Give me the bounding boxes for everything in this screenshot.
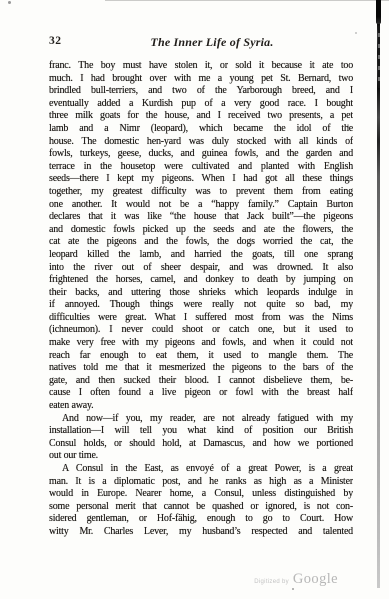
text-line: and domestic fowls picked up the seeds a… [49, 224, 353, 237]
text-line: Consul holds, or should hold, at Damascu… [49, 438, 353, 451]
text-line: fowls, turkeys, geese, ducks, and guinea… [49, 148, 353, 161]
paragraph: And now—if you, my reader, are not alrea… [49, 413, 353, 463]
digitized-by-label: Digitized by [254, 579, 289, 585]
text-line: much. I had brought over with me a young… [49, 73, 353, 86]
scan-artifact-right-dashes [378, 26, 381, 88]
google-logo: Google [293, 571, 338, 588]
scan-edge-line-right [377, 0, 380, 588]
text-line: declares that it was like “the house tha… [49, 211, 353, 224]
text-line: natives told me that it mesmerized the p… [49, 362, 353, 375]
paragraph: franc. The boy must have stolen it, or s… [49, 60, 353, 413]
text-line: would in Europe. Nearer home, a Consul, … [49, 488, 353, 501]
text-line: seeds—there I kept my pigeons. When I ha… [49, 173, 353, 186]
text-line: A Consul in the East, as envoyé of a gre… [49, 463, 353, 476]
running-title: The Inner Life of Syria. [60, 35, 364, 50]
text-line: sidered gentleman, or Hof-fähig, enough … [49, 513, 353, 526]
text-line: installation—I will tell you what kind o… [49, 425, 353, 438]
text-line: franc. The boy must have stolen it, or s… [49, 60, 353, 73]
text-line: eaten away. [49, 400, 353, 413]
page-header: 32 The Inner Life of Syria. [49, 35, 353, 49]
text-line: into the river out of sheer despair, and… [49, 262, 353, 275]
scan-speck [292, 588, 294, 590]
text-line: their backs, and uttering those shrieks … [49, 287, 353, 300]
text-line: if annoyed. Though things were really no… [49, 299, 353, 312]
text-line: cat ate the pigeons and the fowls, the d… [49, 236, 353, 249]
text-line: brindled bull-terriers, and two of the Y… [49, 85, 353, 98]
google-watermark: Digitized by Google [254, 571, 338, 588]
text-line: And now—if you, my reader, are not alrea… [49, 413, 353, 426]
scan-artifact-top-right-corner [376, 0, 381, 24]
text-line: witty Mr. Charles Lever, my husband’s re… [49, 526, 353, 539]
text-line: out our time. [49, 450, 353, 463]
text-line: man. It is a diplomatic post, and he ran… [49, 476, 353, 489]
text-line: reach far enough to eat them, it used to… [49, 350, 353, 363]
text-line: lamb and a Nimr (leopard), which became … [49, 123, 353, 136]
text-line: leopard killed the lamb, and harried the… [49, 249, 353, 262]
text-line: one another. It would not be a “happy fa… [49, 199, 353, 212]
text-line: three milk goats for the house, and I re… [49, 110, 353, 123]
text-line: cause I often found a live pigeon or fow… [49, 387, 353, 400]
text-line: frightened the horses, camel, and donkey… [49, 274, 353, 287]
paragraph: A Consul in the East, as envoyé of a gre… [49, 463, 353, 539]
text-line: difficulties were great. What I suffered… [49, 312, 353, 325]
text-line: gate, and then sucked their blood. I can… [49, 375, 353, 388]
text-line: terrace in the housetop were cultivated … [49, 161, 353, 174]
text-line: house. The domestic hen-yard was duly st… [49, 136, 353, 149]
text-line: some personal merit that cannot be quash… [49, 501, 353, 514]
text-line: make very free with my pigeons and fowls… [49, 337, 353, 350]
scan-speck [8, 1, 11, 4]
text-line: eventually added a Kurdish pup of a very… [49, 98, 353, 111]
text-block: franc. The boy must have stolen it, or s… [49, 60, 353, 539]
scan-speck [355, 32, 357, 34]
scan-artifact-top-edge [105, 0, 389, 1]
text-line: together, my greatest difficulty was to … [49, 186, 353, 199]
book-page-scan: 32 The Inner Life of Syria. franc. The b… [0, 0, 389, 599]
text-line: (ichneumon). I never could shoot or catc… [49, 324, 353, 337]
